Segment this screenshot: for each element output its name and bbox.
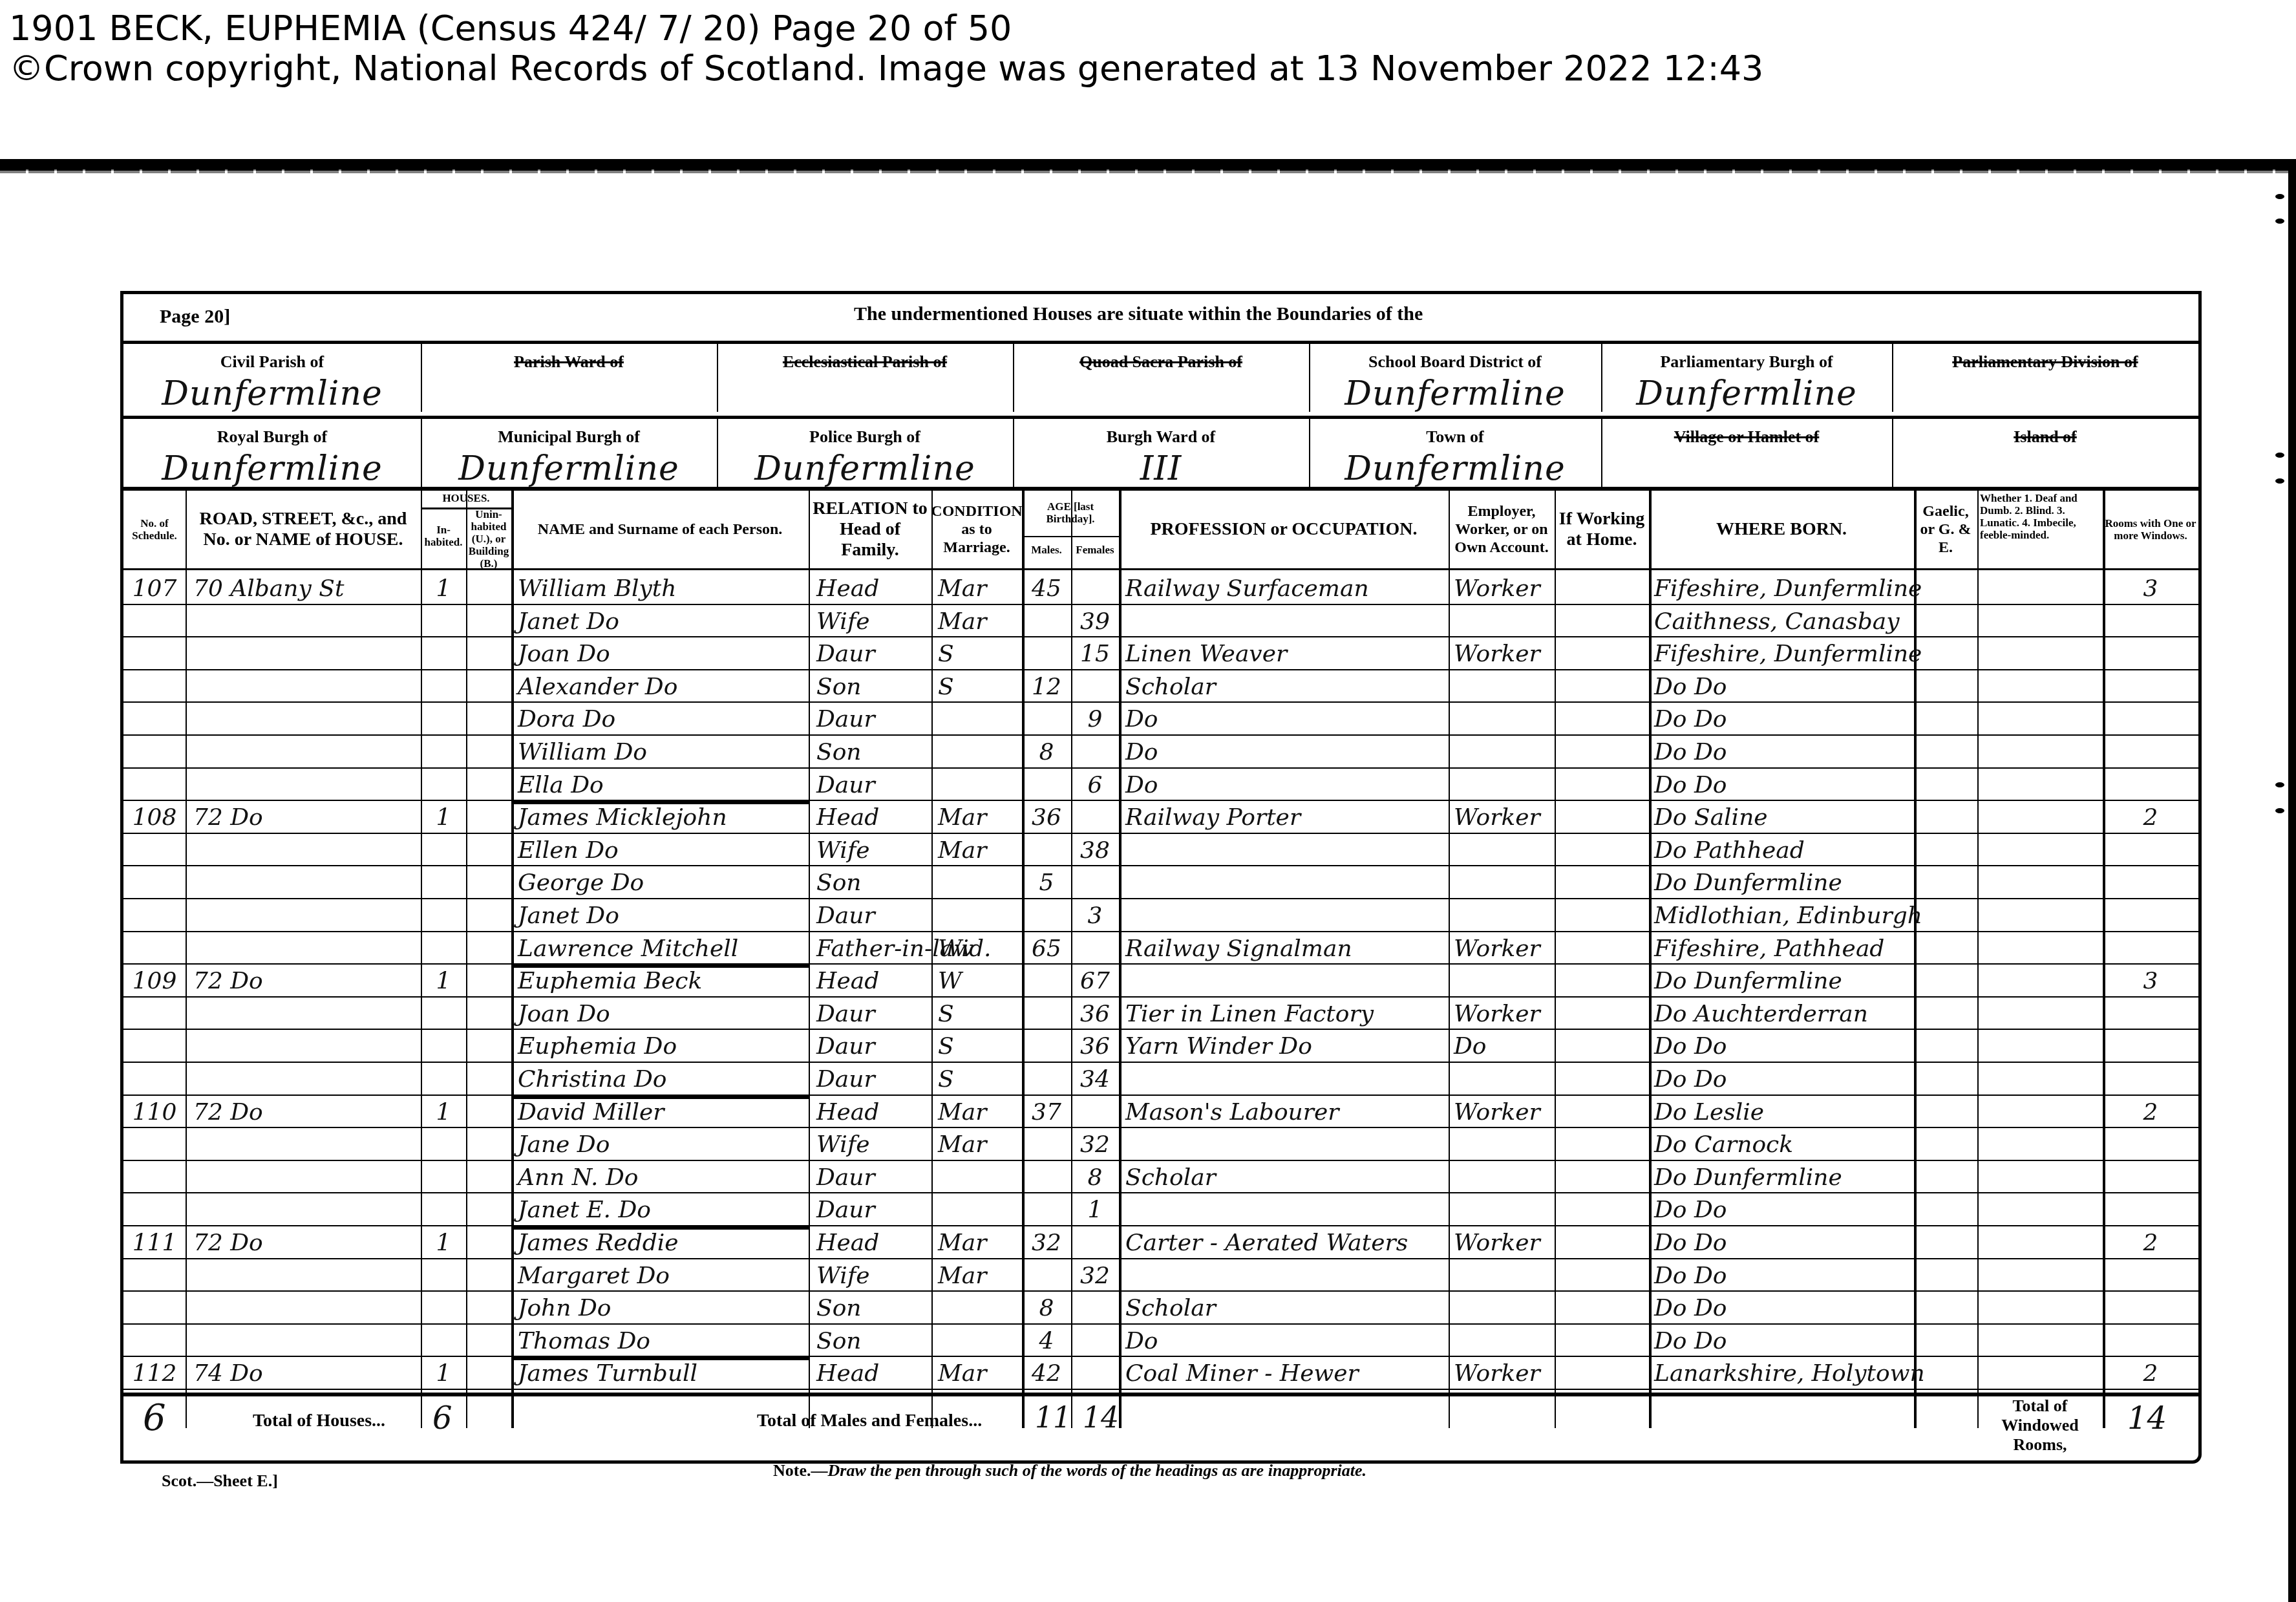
cell-male: 4 (1023, 1329, 1070, 1354)
cell-inh: 1 (422, 1100, 465, 1126)
row-rule (123, 1095, 2198, 1096)
row-rule (123, 800, 2198, 801)
column-divider-inh (421, 491, 422, 1428)
cell-sched: 111 (125, 1230, 184, 1256)
cell-name: George Do (518, 870, 802, 896)
cell-inh: 1 (422, 1230, 465, 1256)
cell-born: Fifeshire, Pathhead (1654, 936, 1909, 962)
cell-occ: Do (1125, 740, 1442, 765)
cell-cond: S (938, 641, 1015, 667)
cell-born: Do Do (1654, 740, 1909, 765)
cell-born: Do Carnock (1654, 1132, 1909, 1158)
column-header-sched: No. of Schedule. (125, 497, 184, 562)
cell-rel: Daur (816, 1001, 924, 1027)
cell-occ: Do (1125, 707, 1442, 732)
cell-occ: Carter - Aerated Waters (1125, 1230, 1442, 1256)
district-value: III (1013, 449, 1309, 488)
total-rooms-label: Total of Windowed Rooms, (1985, 1396, 2095, 1455)
cell-cond: Mar (938, 1230, 1015, 1256)
row-rule (123, 931, 2198, 932)
cell-name: James Micklejohn (518, 805, 802, 831)
district-cell-row1-1: Parish Ward of (421, 343, 717, 413)
cell-sched: 110 (125, 1100, 184, 1126)
cell-occ: Scholar (1125, 674, 1442, 700)
cell-fem: 1 (1072, 1197, 1118, 1223)
cell-name: James Turnbull (518, 1361, 802, 1387)
cell-male: 5 (1023, 870, 1070, 896)
cell-rel: Head (816, 1100, 924, 1126)
cell-born: Do Do (1654, 1067, 1909, 1093)
column-header-rooms: Rooms with One or more Windows. (2104, 495, 2197, 564)
scan-speck (2275, 808, 2284, 813)
cell-sched: 112 (125, 1361, 184, 1387)
scan-right-border (2288, 159, 2296, 1602)
row-rule (123, 767, 2198, 769)
cell-occ: Tier in Linen Factory (1125, 1001, 1442, 1027)
column-divider-addr (186, 491, 187, 1428)
scan-speck (2275, 478, 2284, 484)
cell-name: Dora Do (518, 707, 802, 732)
cell-inh: 1 (422, 1361, 465, 1387)
district-label: Parliamentary Burgh of (1601, 352, 1892, 372)
image-caption-copyright: ©Crown copyright, National Records of Sc… (9, 48, 1763, 89)
district-label: Municipal Burgh of (421, 427, 717, 447)
cell-emp: Worker (1454, 576, 1549, 602)
row-rule (123, 604, 2198, 605)
cell-emp: Worker (1454, 641, 1549, 667)
cell-emp: Worker (1454, 1361, 1549, 1387)
column-divider-uninh (466, 491, 467, 1428)
row-rule (123, 636, 2198, 637)
district-cell-row1-2: Ecclesiastical Parish of (717, 343, 1013, 413)
row-rule (123, 1029, 2198, 1030)
district-label: Town of (1309, 427, 1601, 447)
cell-name: Margaret Do (518, 1263, 802, 1289)
column-divider-gael (1914, 491, 1917, 1428)
column-header-infirmity: Whether 1. Deaf and Dumb. 2. Blind. 3. L… (1980, 492, 2100, 541)
column-header-occ: PROFESSION or OCCUPATION. (1120, 495, 1447, 564)
cell-rel: Daur (816, 1034, 924, 1060)
cell-cond: S (938, 1001, 1015, 1027)
cell-born: Do Do (1654, 1034, 1909, 1060)
cell-occ: Do (1125, 1329, 1442, 1354)
column-divider-emp (1449, 491, 1450, 1428)
age-rule (1022, 536, 1119, 537)
cell-born: Do Pathhead (1654, 838, 1909, 864)
cell-rel: Wife (816, 1263, 924, 1289)
cell-addr: 70 Albany St (193, 576, 413, 602)
cell-sched: 107 (125, 576, 184, 602)
district-value: Dunfermline (1601, 374, 1892, 413)
cell-born: Fifeshire, Dunfermline (1654, 641, 1909, 667)
cell-sched: 108 (125, 805, 184, 831)
cell-born: Do Dunfermline (1654, 968, 1909, 994)
cell-name: Jane Do (518, 1132, 802, 1158)
cell-born: Do Do (1654, 674, 1909, 700)
cell-fem: 15 (1072, 641, 1118, 667)
cell-name: Ann N. Do (518, 1165, 802, 1191)
cell-rooms: 3 (2105, 576, 2196, 602)
cell-rooms: 2 (2105, 1230, 2196, 1256)
cell-fem: 34 (1072, 1067, 1118, 1093)
cell-male: 42 (1023, 1361, 1070, 1387)
cell-cond: Mar (938, 576, 1015, 602)
cell-cond: Mar (938, 805, 1015, 831)
column-header-emp: Employer, Worker, or on Own Account. (1450, 492, 1553, 567)
cell-name: David Miller (518, 1100, 802, 1126)
total-schedules: 6 (143, 1405, 166, 1431)
sheet-label: Scot.—Sheet E.] (162, 1471, 278, 1491)
footer-note-prefix: Note.— (773, 1461, 827, 1480)
cell-rel: Daur (816, 707, 924, 732)
cell-male: 45 (1023, 576, 1070, 602)
cell-addr: 74 Do (193, 1361, 413, 1387)
page-label: Page 20] (160, 306, 230, 328)
cell-name: William Do (518, 740, 802, 765)
cell-cond: Mar (938, 1132, 1015, 1158)
cell-rel: Daur (816, 903, 924, 929)
cell-emp: Worker (1454, 1100, 1549, 1126)
cell-name: Ella Do (518, 773, 802, 798)
district-value: Dunfermline (421, 449, 717, 488)
cell-occ: Scholar (1125, 1165, 1442, 1191)
total-houses-label: Total of Houses... (253, 1411, 385, 1431)
cell-name: Janet E. Do (518, 1197, 802, 1223)
cell-born: Do Do (1654, 1263, 1909, 1289)
row-rule (123, 1323, 2198, 1325)
row-rule (123, 701, 2198, 703)
cell-fem: 39 (1072, 609, 1118, 635)
header-bottom-rule (123, 568, 2198, 570)
cell-addr: 72 Do (193, 968, 413, 994)
cell-rel: Son (816, 740, 924, 765)
column-header-home: If Working at Home. (1556, 495, 1648, 564)
cell-cond: W (938, 968, 1015, 994)
total-rooms: 14 (2127, 1405, 2167, 1431)
cell-fem: 8 (1072, 1165, 1118, 1191)
cell-cond: Mar (938, 609, 1015, 635)
cell-emp: Worker (1454, 805, 1549, 831)
cell-rooms: 3 (2105, 968, 2196, 994)
cell-fem: 32 (1072, 1263, 1118, 1289)
cell-cond: Mar (938, 838, 1015, 864)
household-divider (511, 1225, 809, 1230)
cell-fem: 36 (1072, 1001, 1118, 1027)
total-females: 14 (1083, 1405, 1119, 1431)
cell-rel: Son (816, 870, 924, 896)
total-houses: 6 (432, 1405, 452, 1431)
cell-rel: Head (816, 1361, 924, 1387)
cell-rooms: 2 (2105, 805, 2196, 831)
column-divider-name (511, 491, 514, 1428)
district-cell-row2-2: Police Burgh ofDunfermline (717, 418, 1013, 488)
row-rule (123, 1225, 2198, 1226)
cell-name: Joan Do (518, 1001, 802, 1027)
column-divider-born (1649, 491, 1652, 1428)
row-rule (123, 963, 2198, 965)
cell-occ: Linen Weaver (1125, 641, 1442, 667)
district-cell-row1-3: Quoad Sacra Parish of (1013, 343, 1309, 413)
cell-addr: 72 Do (193, 1230, 413, 1256)
scan-speck (2275, 782, 2284, 787)
column-header-born: WHERE BORN. (1650, 495, 1913, 564)
scan-speck (2275, 453, 2284, 458)
cell-occ: Railway Surfaceman (1125, 576, 1442, 602)
cell-name: Christina Do (518, 1067, 802, 1093)
row-rule (123, 865, 2198, 866)
cell-born: Do Dunfermline (1654, 870, 1909, 896)
cell-emp: Do (1454, 1034, 1549, 1060)
cell-male: 36 (1023, 805, 1070, 831)
scan-top-border-texture (0, 169, 2296, 173)
column-divider-rel (809, 491, 810, 1428)
column-header-females: Females (1071, 544, 1119, 556)
district-label: Island of (1892, 427, 2198, 447)
boundary-heading: The undermentioned Houses are situate wi… (854, 303, 1423, 325)
district-label: School Board District of (1309, 352, 1601, 372)
district-cell-row2-5: Village or Hamlet of (1601, 418, 1892, 488)
cell-rel: Head (816, 805, 924, 831)
cell-inh: 1 (422, 576, 465, 602)
cell-born: Do Leslie (1654, 1100, 1909, 1126)
cell-born: Do Do (1654, 1230, 1909, 1256)
cell-fem: 67 (1072, 968, 1118, 994)
cell-cond: S (938, 1034, 1015, 1060)
district-label: Village or Hamlet of (1601, 427, 1892, 447)
column-divider-occ (1119, 491, 1121, 1428)
cell-rel: Daur (816, 641, 924, 667)
cell-cond: Wid. (938, 936, 1015, 962)
household-divider (511, 1356, 809, 1360)
district-label: Police Burgh of (717, 427, 1013, 447)
column-divider-rooms (2103, 491, 2105, 1428)
cell-name: Joan Do (518, 641, 802, 667)
cell-emp: Worker (1454, 1230, 1549, 1256)
district-cell-row2-1: Municipal Burgh ofDunfermline (421, 418, 717, 488)
district-label: Parish Ward of (421, 352, 717, 372)
cell-rel: Wife (816, 1132, 924, 1158)
cell-occ: Railway Signalman (1125, 936, 1442, 962)
cell-name: Alexander Do (518, 674, 802, 700)
district-value: Dunfermline (1309, 449, 1601, 488)
column-header-age: AGE [last Birthday]. (1022, 493, 1119, 532)
cell-rel: Head (816, 576, 924, 602)
cell-name: William Blyth (518, 576, 802, 602)
district-cell-row1-5: Parliamentary Burgh ofDunfermline (1601, 343, 1892, 413)
footer-note: Note.—Draw the pen through such of the w… (773, 1461, 1366, 1480)
cell-name: James Reddie (518, 1230, 802, 1256)
district-cell-row1-6: Parliamentary Division of (1892, 343, 2198, 413)
cell-rel: Daur (816, 773, 924, 798)
cell-born: Do Do (1654, 1296, 1909, 1321)
row-rule (123, 1290, 2198, 1292)
cell-occ: Scholar (1125, 1296, 1442, 1321)
row-rule (123, 1258, 2198, 1259)
cell-fem: 32 (1072, 1132, 1118, 1158)
cell-rooms: 2 (2105, 1361, 2196, 1387)
cell-male: 8 (1023, 1296, 1070, 1321)
cell-occ: Coal Miner - Hewer (1125, 1361, 1442, 1387)
column-header-houses: HOUSES. (421, 492, 511, 506)
cell-rel: Daur (816, 1165, 924, 1191)
cell-male: 12 (1023, 674, 1070, 700)
totals-rule-top (123, 1393, 2198, 1396)
row-rule (123, 669, 2198, 670)
cell-rooms: 2 (2105, 1100, 2196, 1126)
cell-rel: Wife (816, 838, 924, 864)
district-label: Quoad Sacra Parish of (1013, 352, 1309, 372)
row-rule (123, 898, 2198, 899)
district-cell-row2-0: Royal Burgh ofDunfermline (123, 418, 421, 488)
household-divider (511, 800, 809, 804)
cell-born: Lanarkshire, Holytown (1654, 1361, 1909, 1387)
cell-name: Ellen Do (518, 838, 802, 864)
scan-speck (2275, 219, 2284, 224)
column-divider-home (1555, 491, 1556, 1428)
column-header-uninh: Unin-habited (U.), or Building (B.) (467, 510, 510, 567)
cell-male: 32 (1023, 1230, 1070, 1256)
row-rule (123, 1160, 2198, 1161)
cell-born: Fifeshire, Dunfermline (1654, 576, 1909, 602)
district-cell-row1-0: Civil Parish ofDunfermline (123, 343, 421, 413)
column-header-inh: In-habited. (422, 510, 465, 562)
cell-born: Caithness, Canasbay (1654, 609, 1909, 635)
cell-occ: Yarn Winder Do (1125, 1034, 1442, 1060)
cell-name: Janet Do (518, 903, 802, 929)
cell-name: Janet Do (518, 609, 802, 635)
cell-rel: Son (816, 1329, 924, 1354)
district-value: Dunfermline (123, 374, 421, 413)
household-divider (511, 1095, 809, 1099)
cell-name: Euphemia Do (518, 1034, 802, 1060)
district-value: Dunfermline (1309, 374, 1601, 413)
cell-fem: 3 (1072, 903, 1118, 929)
cell-cond: S (938, 1067, 1015, 1093)
district-label: Burgh Ward of (1013, 427, 1309, 447)
cell-name: Lawrence Mitchell (518, 936, 802, 962)
total-persons-label: Total of Males and Females... (757, 1411, 982, 1431)
column-header-addr: ROAD, STREET, &c., and No. or NAME of HO… (187, 495, 420, 564)
cell-rel: Wife (816, 609, 924, 635)
image-caption-title: 1901 BECK, EUPHEMIA (Census 424/ 7/ 20) … (9, 8, 1012, 49)
cell-born: Do Saline (1654, 805, 1909, 831)
district-label: Royal Burgh of (123, 427, 421, 447)
cell-rel: Head (816, 1230, 924, 1256)
cell-born: Do Do (1654, 1197, 1909, 1223)
cell-born: Midlothian, Edinburgh (1654, 903, 1909, 929)
cell-male: 37 (1023, 1100, 1070, 1126)
district-label: Parliamentary Division of (1892, 352, 2198, 372)
cell-emp: Worker (1454, 1001, 1549, 1027)
column-header-name: NAME and Surname of each Person. (513, 495, 807, 564)
row-rule (123, 833, 2198, 834)
row-rule (123, 1062, 2198, 1063)
district-value: Dunfermline (717, 449, 1013, 488)
row-rule (123, 1356, 2198, 1357)
cell-cond: Mar (938, 1361, 1015, 1387)
column-header-males: Males. (1022, 544, 1071, 556)
cell-male: 65 (1023, 936, 1070, 962)
cell-cond: S (938, 674, 1015, 700)
cell-born: Do Do (1654, 773, 1909, 798)
cell-fem: 38 (1072, 838, 1118, 864)
cell-occ: Mason's Labourer (1125, 1100, 1442, 1126)
cell-cond: Mar (938, 1100, 1015, 1126)
cell-sched: 109 (125, 968, 184, 994)
cell-addr: 72 Do (193, 805, 413, 831)
cell-rel: Head (816, 968, 924, 994)
district-label: Civil Parish of (123, 352, 421, 372)
district-cell-row2-3: Burgh Ward ofIII (1013, 418, 1309, 488)
district-cell-row2-6: Island of (1892, 418, 2198, 488)
cell-born: Do Do (1654, 707, 1909, 732)
household-divider (511, 963, 809, 968)
cell-name: John Do (518, 1296, 802, 1321)
cell-rel: Daur (816, 1067, 924, 1093)
cell-inh: 1 (422, 968, 465, 994)
district-cell-row2-4: Town ofDunfermline (1309, 418, 1601, 488)
cell-rel: Father-in-law (816, 936, 924, 962)
scan-speck (2275, 194, 2284, 199)
column-header-gael: Gaelic, or G. & E. (1915, 495, 1976, 564)
row-rule (123, 1389, 2198, 1390)
column-divider-inf (1977, 491, 1979, 1428)
cell-fem: 6 (1072, 773, 1118, 798)
cell-male: 8 (1023, 740, 1070, 765)
census-form: Page 20] The undermentioned Houses are s… (120, 291, 2202, 1464)
cell-fem: 9 (1072, 707, 1118, 732)
district-value: Dunfermline (123, 449, 421, 488)
cell-rel: Son (816, 674, 924, 700)
district-cell-row1-4: School Board District ofDunfermline (1309, 343, 1601, 413)
cell-name: Thomas Do (518, 1329, 802, 1354)
row-rule (123, 1127, 2198, 1128)
cell-inh: 1 (422, 805, 465, 831)
cell-cond: Mar (938, 1263, 1015, 1289)
cell-occ: Railway Porter (1125, 805, 1442, 831)
cell-rel: Son (816, 1296, 924, 1321)
row-rule (123, 734, 2198, 736)
cell-rel: Daur (816, 1197, 924, 1223)
row-rule (123, 996, 2198, 998)
cell-occ: Do (1125, 773, 1442, 798)
cell-addr: 72 Do (193, 1100, 413, 1126)
column-header-cond: CONDITION as to Marriage. (933, 495, 1021, 564)
cell-name: Euphemia Beck (518, 968, 802, 994)
row-rule (123, 1192, 2198, 1193)
footer-note-text: Draw the pen through such of the words o… (827, 1461, 1366, 1480)
cell-fem: 36 (1072, 1034, 1118, 1060)
cell-born: Do Auchterderran (1654, 1001, 1909, 1027)
cell-emp: Worker (1454, 936, 1549, 962)
cell-born: Do Do (1654, 1329, 1909, 1354)
total-males: 11 (1035, 1405, 1071, 1431)
column-header-rel: RELATION to Head of Family. (810, 495, 930, 564)
cell-born: Do Dunfermline (1654, 1165, 1909, 1191)
district-label: Ecclesiastical Parish of (717, 352, 1013, 372)
